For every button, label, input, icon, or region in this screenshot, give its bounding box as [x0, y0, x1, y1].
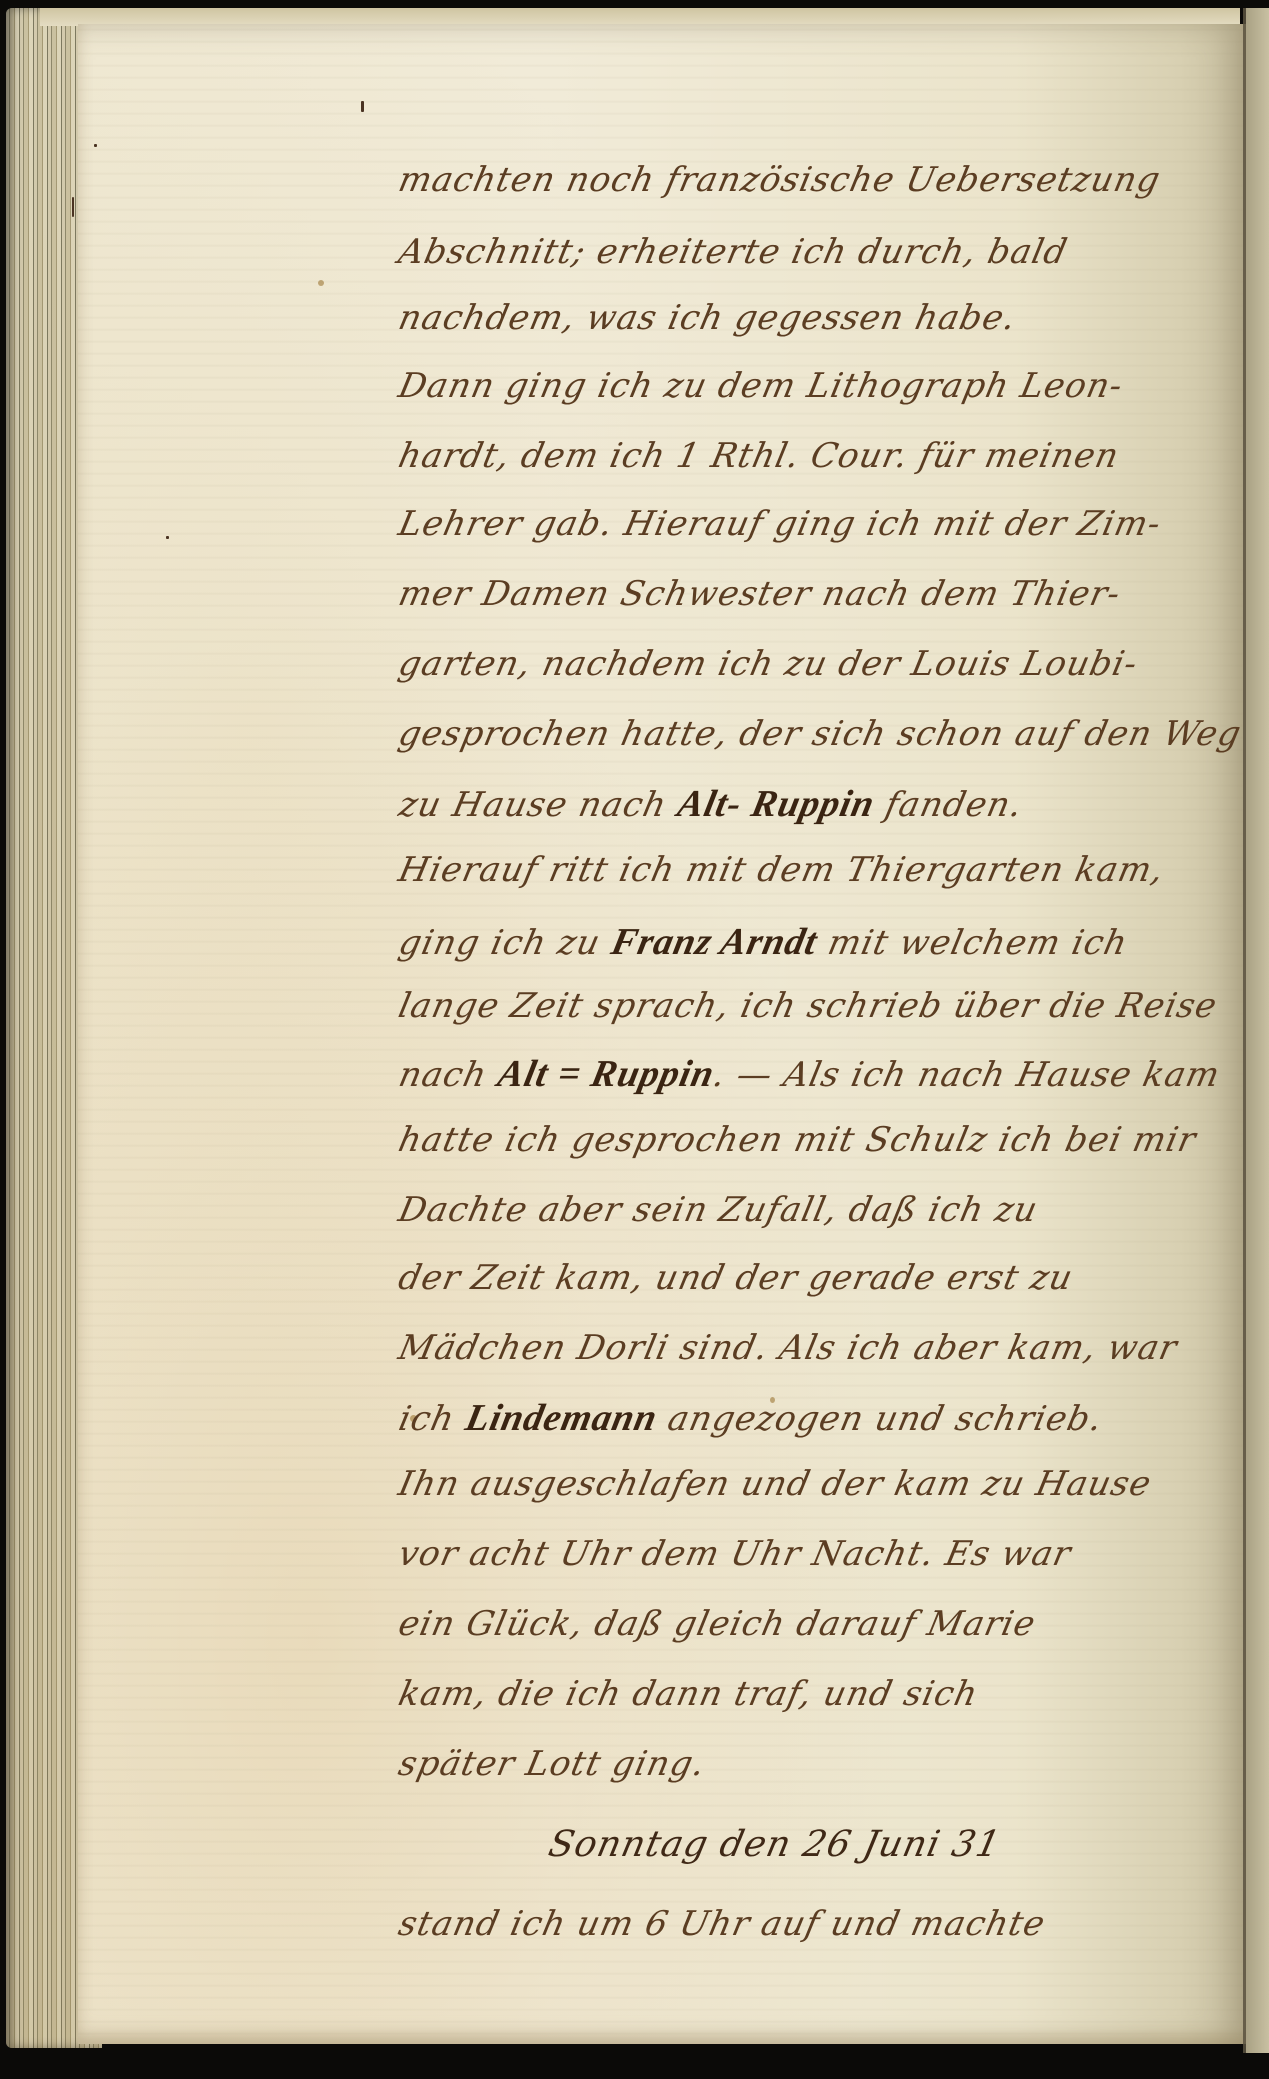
text-line: hatte ich gesprochen mit Schulz ich bei … — [395, 1120, 1200, 1160]
margin-ink-mark — [361, 101, 364, 112]
text-line: vor acht Uhr dem Uhr Nacht. Es war — [395, 1534, 1075, 1574]
text-line: Abschnitt; erheiterte ich durch, bald — [395, 232, 1071, 272]
text-line: nachdem, was ich gegessen habe. — [395, 298, 1020, 338]
text-line: Dachte aber sein Zufall, daß ich zu — [395, 1190, 1042, 1230]
margin-ink-dot — [94, 144, 97, 147]
text-line: zu Hause nach Alt- Ruppin fanden. — [395, 782, 1027, 826]
text-line: später Lott ging. — [395, 1744, 709, 1784]
place-name-alt-ruppin: Alt- Ruppin — [674, 783, 879, 825]
text-line: Hierauf ritt ich mit dem Thiergarten kam… — [395, 850, 1168, 890]
text-line: garten, nachdem ich zu der Louis Loubi- — [395, 644, 1141, 684]
margin-ink-dot — [166, 536, 169, 539]
margin-ink-dot — [72, 197, 74, 217]
text-line: mer Damen Schwester nach dem Thier- — [395, 574, 1124, 614]
person-name-lindemann: Lindemann — [462, 1397, 662, 1439]
text-line: Mädchen Dorli sind. Als ich aber kam, wa… — [395, 1328, 1181, 1368]
text-line: stand ich um 6 Uhr auf und machte — [395, 1904, 1049, 1944]
text-line: ein Glück, daß gleich darauf Marie — [395, 1604, 1040, 1644]
diary-entry-date-heading: Sonntag den 26 Juni 31 — [545, 1824, 1005, 1865]
foxing-spot — [318, 280, 324, 286]
text-line: Lehrer gab. Hierauf ging ich mit der Zim… — [395, 504, 1165, 544]
text-line: ich Lindemann angezogen und schrieb. — [395, 1396, 1107, 1440]
text-line: gesprochen hatte, der sich schon auf den… — [395, 714, 1245, 754]
person-name-franz-arndt: Franz Arndt — [608, 921, 822, 963]
text-line: Ihn ausgeschlafen und der kam zu Hause — [395, 1464, 1155, 1504]
text-line: Dann ging ich zu dem Lithograph Leon- — [395, 366, 1127, 406]
text-line: kam, die ich dann traf, und sich — [395, 1674, 982, 1714]
facing-page-edge — [1246, 8, 1269, 2053]
text-line: hardt, dem ich 1 Rthl. Cour. für meinen — [395, 436, 1123, 476]
text-line: der Zeit kam, und der gerade erst zu — [395, 1258, 1077, 1298]
text-line: ging ich zu Franz Arndt mit welchem ich — [395, 920, 1132, 964]
text-line: machten noch französische Uebersetzung — [395, 160, 1164, 200]
place-name-alt-ruppin: Alt = Ruppin — [494, 1053, 718, 1095]
text-line: nach Alt = Ruppin. — Als ich nach Hause … — [395, 1052, 1225, 1096]
text-line: lange Zeit sprach, ich schrieb über die … — [395, 986, 1221, 1026]
